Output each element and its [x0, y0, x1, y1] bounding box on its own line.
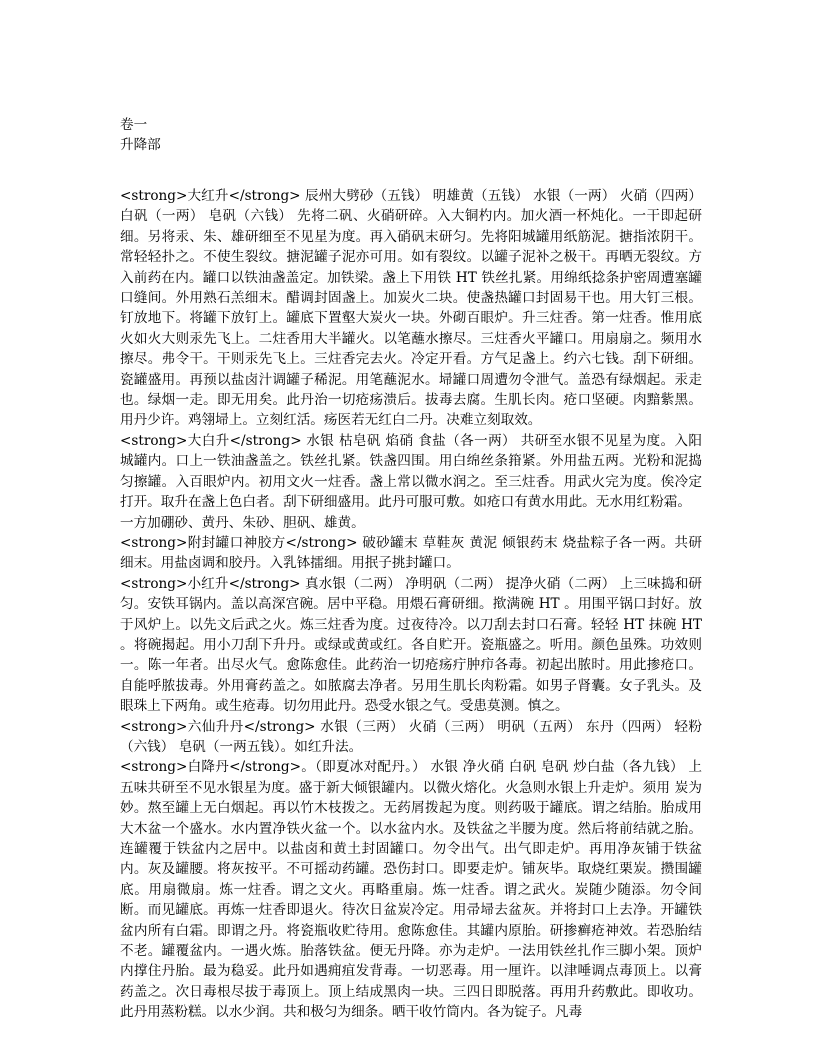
- paragraph-xiao-hong-sheng: <strong>小红升</strong> 真水银（二两） 净明矾（二两） 提净火…: [120, 574, 702, 717]
- section-spacer: [120, 155, 702, 186]
- section-title: 升降部: [120, 136, 702, 156]
- document-page: 卷一 升降部 <strong>大红升</strong> 辰州大劈砂（五钱） 明雄…: [120, 116, 702, 1023]
- paragraph-liu-xian-sheng-dan: <strong>六仙升丹</strong> 水银（三两） 火硝（三两） 明矾（五…: [120, 717, 702, 758]
- paragraph-seal-glue: <strong>附封罐口神胶方</strong> 破砂罐末 草鞋灰 黄泥 倾银药…: [120, 533, 702, 574]
- paragraph-variant-formula: 一方加硼砂、黄丹、朱砂、胆矾、雄黄。: [120, 513, 702, 533]
- paragraph-bai-jiang-dan: <strong>白降丹</strong>。（即夏冰对配丹。） 水银 净火硝 白矾…: [120, 757, 702, 1022]
- document-body: <strong>大红升</strong> 辰州大劈砂（五钱） 明雄黄（五钱） 水…: [120, 186, 702, 1023]
- volume-title: 卷一: [120, 116, 702, 136]
- paragraph-da-hong-sheng: <strong>大红升</strong> 辰州大劈砂（五钱） 明雄黄（五钱） 水…: [120, 186, 702, 431]
- paragraph-da-bai-sheng: <strong>大白升</strong> 水银 枯皂矾 焰硝 食盐（各一两） 共…: [120, 431, 702, 513]
